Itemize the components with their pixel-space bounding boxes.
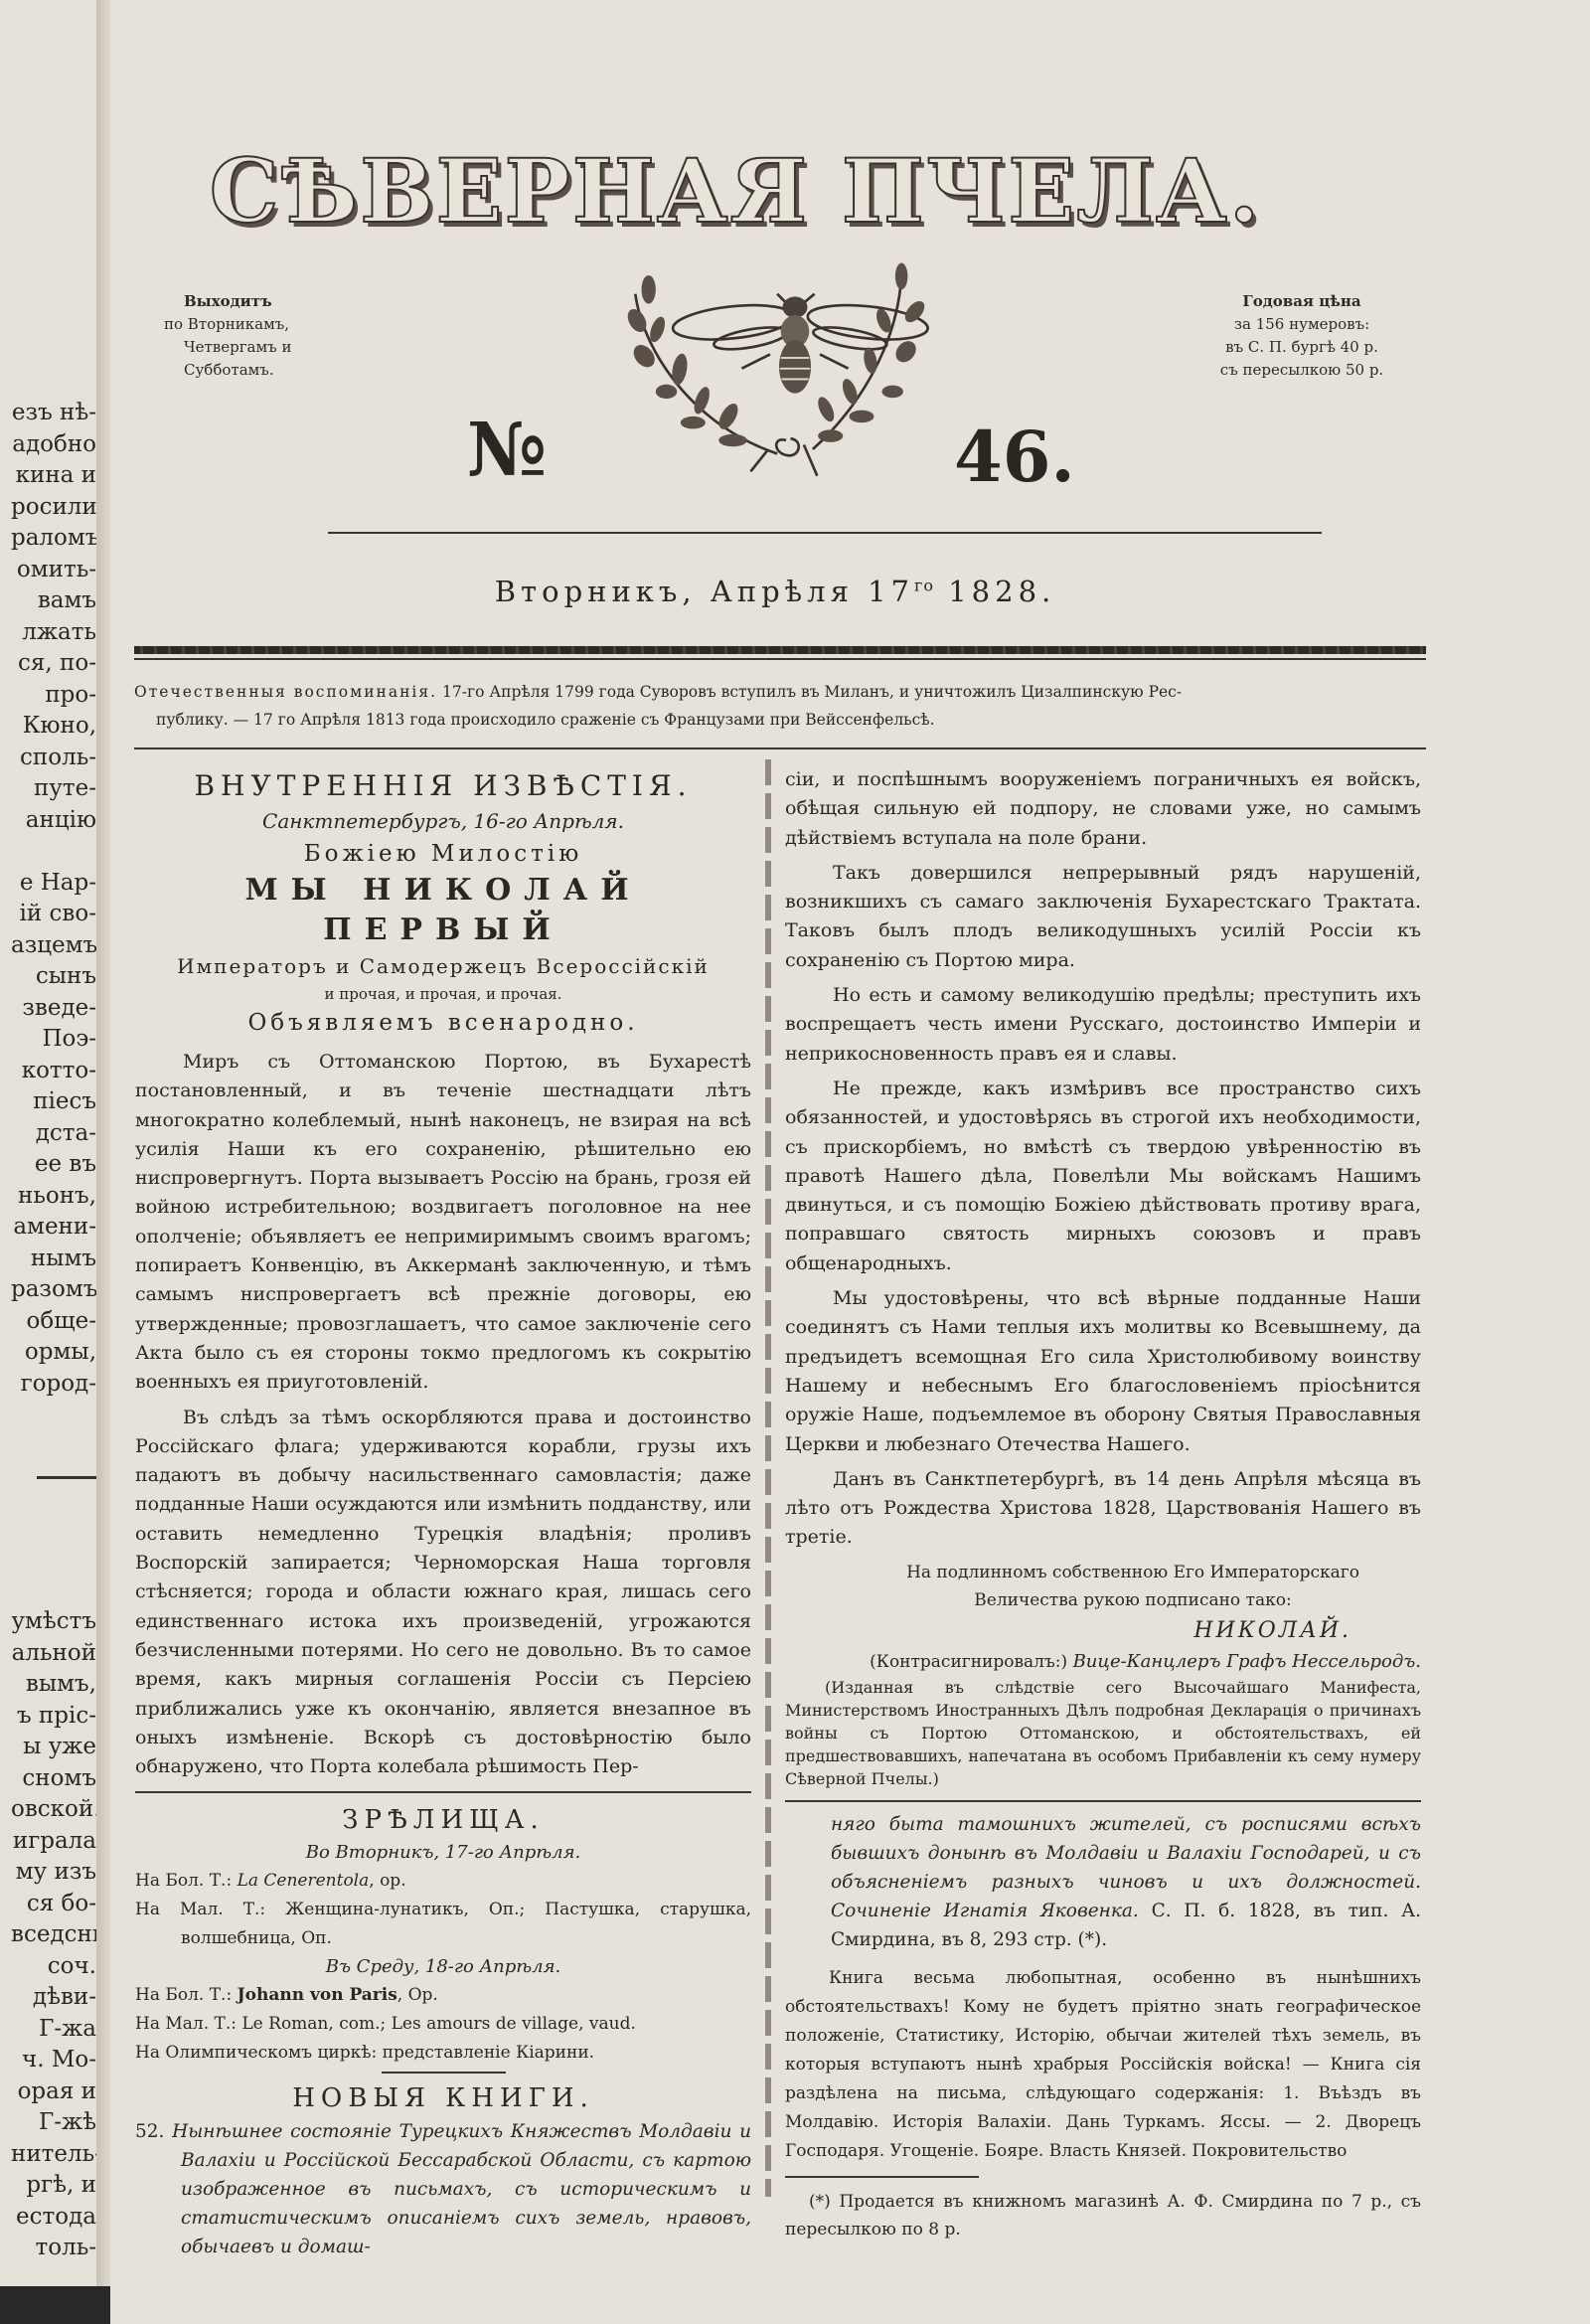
by-grace-of-god: Божіею Милостію: [135, 837, 751, 871]
publication-schedule: Выходитъ по Вторникамъ, Четвергамъ и Суб…: [164, 290, 343, 382]
strip-text-line: му изъ: [11, 1857, 96, 1888]
strip-text-line: анцію: [11, 805, 96, 836]
strip-text-line: е Нар-: [11, 868, 96, 899]
strip-text-line: омить-: [11, 555, 96, 585]
section-heading-internal-news: ВНУТРЕННІЯ ИЗВѢСТІЯ.: [135, 767, 751, 805]
strip-text-line: азцемъ: [11, 930, 96, 961]
manifesto-paragraph: Въ слѣдъ за тѣмъ оскорбляются права и до…: [135, 1404, 751, 1782]
strip-text-line: дста-: [11, 1118, 96, 1149]
section-heading-theatres: ЗРѢЛИЩА.: [135, 1801, 751, 1839]
strip-text-line: вамъ: [11, 585, 96, 616]
sovereign-name: МЫ НИКОЛАЙ ПЕРВЫЙ: [135, 871, 751, 950]
manifesto-paragraph: Не прежде, какъ измѣривъ все пространств…: [785, 1075, 1421, 1278]
column-rule: [135, 1791, 751, 1793]
countersignature: (Контрасигнировалъ:) Вице-Канцлеръ Графъ…: [785, 1648, 1421, 1676]
signature-preamble: Величества рукою подписано тако:: [785, 1586, 1421, 1614]
binding-gutter: [96, 0, 110, 2306]
strip-text-line: путе-: [11, 773, 96, 804]
strip-text-line: обще-: [11, 1306, 96, 1337]
strip-text-line: толь-: [11, 2233, 96, 2263]
strip-text-line: адобно: [11, 429, 96, 460]
book-review: Книга весьма любопытная, особенно въ нын…: [785, 1964, 1421, 2166]
footnote-rule: [785, 2176, 979, 2178]
issue-date: Вторникъ, Апрѣля 17го 1828.: [129, 575, 1421, 608]
manifesto-paragraph: Миръ съ Оттоманскою Портою, въ Бухарестѣ…: [135, 1048, 751, 1398]
strip-text-line: піесъ: [11, 1086, 96, 1117]
strip-text-line: ъ пріс-: [11, 1701, 96, 1732]
strip-text-line: альной: [11, 1638, 96, 1669]
strip-text-line: ргѣ, и: [11, 2170, 96, 2201]
strip-text-line: естода: [11, 2202, 96, 2233]
strip-text-line: амени-: [11, 1212, 96, 1243]
section-rule: [134, 747, 1426, 749]
theatre-listing: На Бол. Т.: La Cenerentola, op.: [135, 1867, 751, 1896]
theatre-listing: На Мал. Т.: Женщина-лунатикъ, Оп.; Пасту…: [135, 1896, 751, 1953]
proclamation: Объявляемъ всенародно.: [135, 1006, 751, 1040]
strip-text-line: лжать: [11, 617, 96, 648]
strip-text-line: сынъ: [11, 961, 96, 992]
strip-text-line: ормы,: [11, 1337, 96, 1368]
manifesto-paragraph: Но есть и самому великодушію предѣлы; пр…: [785, 981, 1421, 1069]
strip-text-line: вседсны: [11, 1919, 96, 1950]
theatre-day: Во Вторникъ, 17-го Апрѣля.: [135, 1839, 751, 1867]
strip-text-line: зведе-: [11, 993, 96, 1024]
strip-text-line: играла: [11, 1826, 96, 1857]
theatre-listing: На Мал. Т.: Le Roman, com.; Les amours d…: [135, 2010, 751, 2039]
patriotic-memories: Отечественныя воспоминанія. 17-го Апрѣля…: [134, 678, 1416, 734]
bee-wreath-icon: [616, 258, 974, 507]
newspaper-title: СѢВЕРНАЯ ПЧЕЛА.: [174, 139, 1297, 243]
strip-text-line: Кюно,: [11, 711, 96, 742]
strip-text-line: кина и: [11, 460, 96, 491]
strip-text-line: котто-: [11, 1056, 96, 1086]
masthead-rule: [328, 532, 1322, 534]
strip-text-line: росили: [11, 492, 96, 523]
declaration-note: (Изданная въ слѣдствіе сего Высочайшаго …: [785, 1676, 1421, 1790]
manifesto-paragraph: сіи, и поспѣшнымъ вооруженіемъ пограничн…: [785, 765, 1421, 853]
column-divider: [765, 755, 771, 2197]
theatre-listing: На Олимпическомъ циркѣ: представленіе Кі…: [135, 2039, 751, 2068]
column-rule: [785, 1800, 1421, 1802]
strip-text-line: ы уже: [11, 1732, 96, 1762]
scan-background: [0, 2286, 110, 2324]
book-entry: 52. Нынѣшнее состояніе Турецкихъ Княжест…: [135, 2117, 751, 2261]
left-column: ВНУТРЕННІЯ ИЗВѢСТІЯ. Санктпетербургъ, 16…: [135, 765, 751, 2261]
strip-text-line: город-: [11, 1369, 96, 1400]
strip-text-line: вымъ,: [11, 1669, 96, 1700]
book-entry-continued: няго быта тамошнихъ жителей, съ росписям…: [785, 1810, 1421, 1954]
strip-text-line: ся бо-: [11, 1889, 96, 1919]
strip-rule: [37, 1476, 96, 1479]
strip-text-line: разомъ: [11, 1274, 96, 1305]
strip-text-line: ся, по-: [11, 648, 96, 679]
strip-text-line: езъ нѣ-: [11, 398, 96, 428]
strip-text-line: ій сво-: [11, 899, 96, 929]
issue-number-sign: №: [467, 408, 547, 493]
strip-text-line: Поэ-: [11, 1024, 96, 1055]
strip-text-line: Г-жа: [11, 2014, 96, 2045]
strip-text-line: орая и: [11, 2076, 96, 2107]
subscription-price: Годовая цѣна за 156 нумеровъ: въ С. П. б…: [1183, 290, 1421, 382]
section-heading-new-books: НОВЫЯ КНИГИ.: [135, 2079, 751, 2117]
manifesto-paragraph: Мы удостовѣрены, что всѣ вѣрные подданны…: [785, 1284, 1421, 1459]
strip-text-line: ее въ: [11, 1149, 96, 1180]
strip-text-line: соч.: [11, 1951, 96, 1982]
imperial-title: Императоръ и Самодержецъ Всероссійскій: [135, 950, 751, 982]
strip-text-line: про-: [11, 680, 96, 711]
strip-text-line: нымъ: [11, 1244, 96, 1274]
signature-preamble: На подлинномъ собственною Его Императорс…: [785, 1559, 1421, 1586]
strip-text-line: дѣви-: [11, 1982, 96, 2013]
etcetera: и прочая, и прочая, и прочая.: [135, 982, 751, 1006]
right-column: сіи, и поспѣшнымъ вооруженіемъ пограничн…: [785, 765, 1421, 2243]
ornamental-rule: [134, 646, 1426, 654]
strip-text-line: овской.: [11, 1794, 96, 1825]
strip-text-line: споль-: [11, 743, 96, 773]
strip-text-line: ч. Мо-: [11, 2045, 96, 2075]
issue-number: 46.: [954, 415, 1075, 498]
strip-text-line: Г-жѣ: [11, 2107, 96, 2138]
strip-text-line: ньонъ,: [11, 1181, 96, 1212]
theatre-day: Въ Среду, 18-го Апрѣля.: [135, 1953, 751, 1981]
strip-text-line: раломъ: [11, 523, 96, 554]
theatre-listing: На Бол. Т.: Johann von Paris, Op.: [135, 1981, 751, 2010]
short-rule: [382, 2072, 506, 2074]
previous-page-strip: езъ нѣ-адобнокина иросилираломъомить-вам…: [0, 0, 97, 2286]
imperial-signature: НИКОЛАЙ.: [785, 1614, 1421, 1648]
ornamental-rule-lower: [134, 658, 1426, 660]
strip-text-line: умѣстъ: [11, 1606, 96, 1637]
manifesto-paragraph: Такъ довершился непрерывный рядъ нарушен…: [785, 859, 1421, 975]
strip-text-line: сномъ: [11, 1763, 96, 1794]
dateline-place: Санктпетербургъ, 16-го Апрѣля.: [135, 805, 751, 837]
footnote: (*) Продается въ книжномъ магазинѣ А. Ф.…: [785, 2188, 1421, 2243]
strip-text-line: нитель-: [11, 2139, 96, 2170]
manifesto-paragraph: Данъ въ Санктпетербургѣ, въ 14 день Апрѣ…: [785, 1465, 1421, 1553]
